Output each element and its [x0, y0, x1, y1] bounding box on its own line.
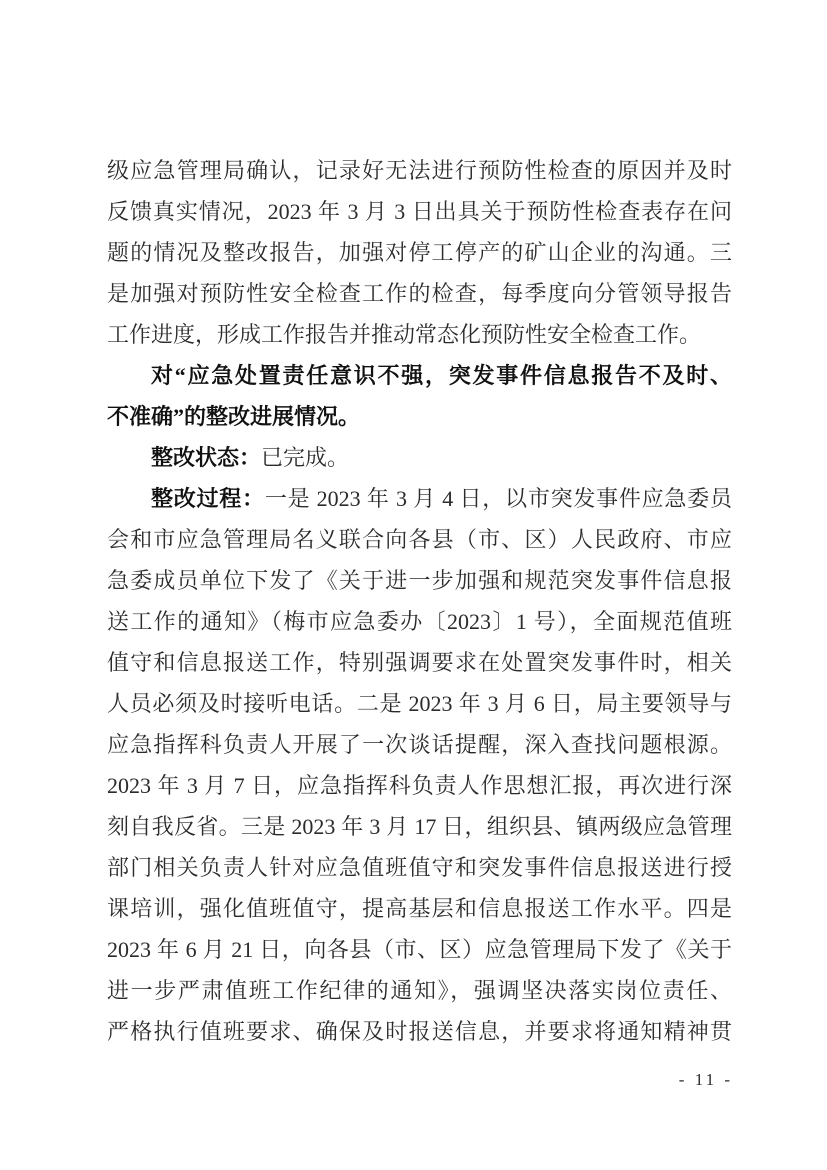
text-segment: 刻自我反省。三是 2023 年 3 月 17 日，组织县、镇两级应急管理 [107, 814, 732, 839]
process-label: 整改过程： [151, 486, 265, 511]
text-line: 部门相关负责人针对应急值班值守和突发事件信息报送进行授 [107, 847, 732, 888]
text-line: 反馈真实情况，2023 年 3 月 3 日出具关于预防性检查表存在问 [107, 191, 732, 232]
text-line: 工作进度，形成工作报告并推动常态化预防性安全检查工作。 [107, 314, 732, 355]
text-segment: 进一步严肃值班工作纪律的通知》，强调坚决落实岗位责任、 [107, 978, 732, 1003]
text-segment: 级应急管理局确认，记录好无法进行预防性检查的原因并及时 [107, 158, 732, 183]
text-segment: 会和市应急管理局名义联合向各县（市、区）人民政府、市应 [107, 527, 732, 552]
status-value: 已完成。 [261, 445, 349, 470]
text-segment: 不准确”的整改进展情况。 [107, 404, 360, 429]
text-segment: 部门相关负责人针对应急值班值守和突发事件信息报送进行授 [107, 855, 732, 880]
page-number: - 11 - [679, 1068, 733, 1092]
text-segment: 急委成员单位下发了《关于进一步加强和规范突发事件信息报 [107, 568, 732, 593]
text-segment: 严格执行值班要求、确保及时报送信息，并要求将通知精神贯 [107, 1019, 732, 1044]
text-line: 应急指挥科负责人开展了一次谈话提醒，深入查找问题根源。 [107, 724, 732, 765]
text-line: 2023 年 6 月 21 日，向各县（市、区）应急管理局下发了《关于 [107, 929, 732, 970]
text-segment: 对“应急处置责任意识不强，突发事件信息报告不及时、 [151, 363, 732, 388]
text-line: 严格执行值班要求、确保及时报送信息，并要求将通知精神贯 [107, 1011, 732, 1052]
text-line: 人员必须及时接听电话。二是 2023 年 3 月 6 日，局主要领导与 [107, 683, 732, 724]
text-line: 送工作的通知》（梅市应急委办〔2023〕1 号），全面规范值班 [107, 601, 732, 642]
text-segment: 工作进度，形成工作报告并推动常态化预防性安全检查工作。 [107, 322, 701, 347]
text-line: 2023 年 3 月 7 日，应急指挥科负责人作思想汇报，再次进行深 [107, 765, 732, 806]
text-segment: 是加强对预防性安全检查工作的检查，每季度向分管领导报告 [107, 281, 732, 306]
text-line: 进一步严肃值班工作纪律的通知》，强调坚决落实岗位责任、 [107, 970, 732, 1011]
text-line: 刻自我反省。三是 2023 年 3 月 17 日，组织县、镇两级应急管理 [107, 806, 732, 847]
text-segment: 课培训，强化值班值守，提高基层和信息报送工作水平。四是 [107, 896, 732, 921]
text-segment: 一是 2023 年 3 月 4 日，以市突发事件应急委员 [265, 486, 732, 511]
text-segment: 2023 年 6 月 21 日，向各县（市、区）应急管理局下发了《关于 [107, 937, 732, 962]
text-line-status: 整改状态：已完成。 [107, 437, 732, 478]
status-label: 整改状态： [151, 445, 261, 470]
text-segment: 人员必须及时接听电话。二是 2023 年 3 月 6 日，局主要领导与 [107, 691, 732, 716]
text-line: 是加强对预防性安全检查工作的检查，每季度向分管领导报告 [107, 273, 732, 314]
text-line: 题的情况及整改报告，加强对停工停产的矿山企业的沟通。三 [107, 232, 732, 273]
text-segment: 送工作的通知》（梅市应急委办〔2023〕1 号），全面规范值班 [107, 609, 732, 634]
text-segment: 题的情况及整改报告，加强对停工停产的矿山企业的沟通。三 [107, 240, 732, 265]
text-segment: 值守和信息报送工作，特别强调要求在处置突发事件时，相关 [107, 650, 732, 675]
text-line-process: 整改过程：一是 2023 年 3 月 4 日，以市突发事件应急委员 [107, 478, 732, 519]
document-page: 级应急管理局确认，记录好无法进行预防性检查的原因并及时 反馈真实情况，2023 … [0, 0, 827, 1170]
text-line: 值守和信息报送工作，特别强调要求在处置突发事件时，相关 [107, 642, 732, 683]
document-body: 级应急管理局确认，记录好无法进行预防性检查的原因并及时 反馈真实情况，2023 … [107, 150, 732, 1052]
text-segment: 应急指挥科负责人开展了一次谈话提醒，深入查找问题根源。 [107, 732, 732, 757]
text-line: 级应急管理局确认，记录好无法进行预防性检查的原因并及时 [107, 150, 732, 191]
text-segment: 2023 年 3 月 7 日，应急指挥科负责人作思想汇报，再次进行深 [107, 773, 732, 798]
text-line: 急委成员单位下发了《关于进一步加强和规范突发事件信息报 [107, 560, 732, 601]
text-line-heading: 对“应急处置责任意识不强，突发事件信息报告不及时、 [107, 355, 732, 396]
text-line: 课培训，强化值班值守，提高基层和信息报送工作水平。四是 [107, 888, 732, 929]
text-line-heading: 不准确”的整改进展情况。 [107, 396, 732, 437]
text-segment: 反馈真实情况，2023 年 3 月 3 日出具关于预防性检查表存在问 [107, 199, 732, 224]
text-line: 会和市应急管理局名义联合向各县（市、区）人民政府、市应 [107, 519, 732, 560]
